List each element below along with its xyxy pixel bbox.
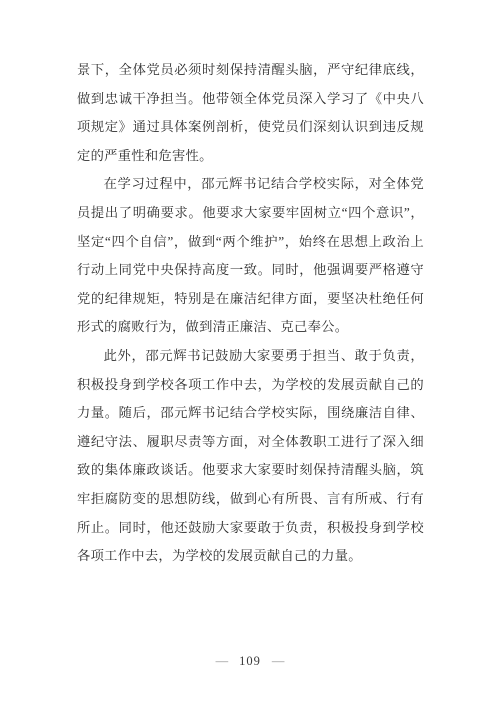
footer-dash-right: — <box>272 654 285 668</box>
page-number: 109 <box>239 654 261 668</box>
paragraph-continuation: 景下，全体党员必须时刻保持清醒头脑，严守纪律底线，做到忠诚干净担当。他带领全体党… <box>77 56 424 170</box>
page-footer: —109— <box>0 653 500 669</box>
body-text: 景下，全体党员必须时刻保持清醒头脑，严守纪律底线，做到忠诚干净担当。他带领全体党… <box>77 56 424 571</box>
document-page: 景下，全体党员必须时刻保持清醒头脑，严守纪律底线，做到忠诚干净担当。他带领全体党… <box>0 0 500 707</box>
footer-dash-left: — <box>216 654 229 668</box>
paragraph-study-requirements: 在学习过程中，邵元辉书记结合学校实际，对全体党员提出了明确要求。他要求大家要牢固… <box>77 170 424 342</box>
paragraph-encouragement: 此外，邵元辉书记鼓励大家要勇于担当、敢于负责，积极投身到学校各项工作中去，为学校… <box>77 342 424 571</box>
